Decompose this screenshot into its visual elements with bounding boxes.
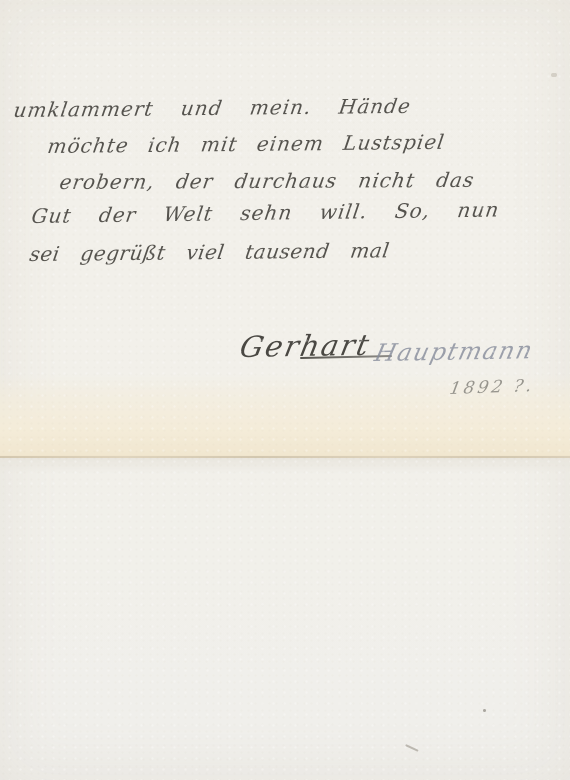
letter-sheet: umklammert und mein. Hände möchte ich mi… xyxy=(0,0,570,780)
handwriting-line-4: Gut der Welt sehn will. So, nun xyxy=(30,197,501,228)
paper-speck xyxy=(483,709,486,712)
paper-scratch xyxy=(405,744,418,751)
handwriting-line-1: umklammert und mein. Hände xyxy=(12,94,413,122)
fold-crease-shadow xyxy=(0,458,570,474)
paper-speck xyxy=(551,73,557,77)
pencil-annotation-hauptmann: Hauptmann xyxy=(372,336,536,367)
pencil-annotation-date: 1892 ?. xyxy=(448,376,536,399)
handwriting-line-5: sei gegrüßt viel tausend mal xyxy=(28,238,391,266)
handwriting-line-3: erobern, der durchaus nicht das xyxy=(58,168,476,194)
handwriting-line-2: möchte ich mit einem Lustspiel xyxy=(46,130,447,158)
